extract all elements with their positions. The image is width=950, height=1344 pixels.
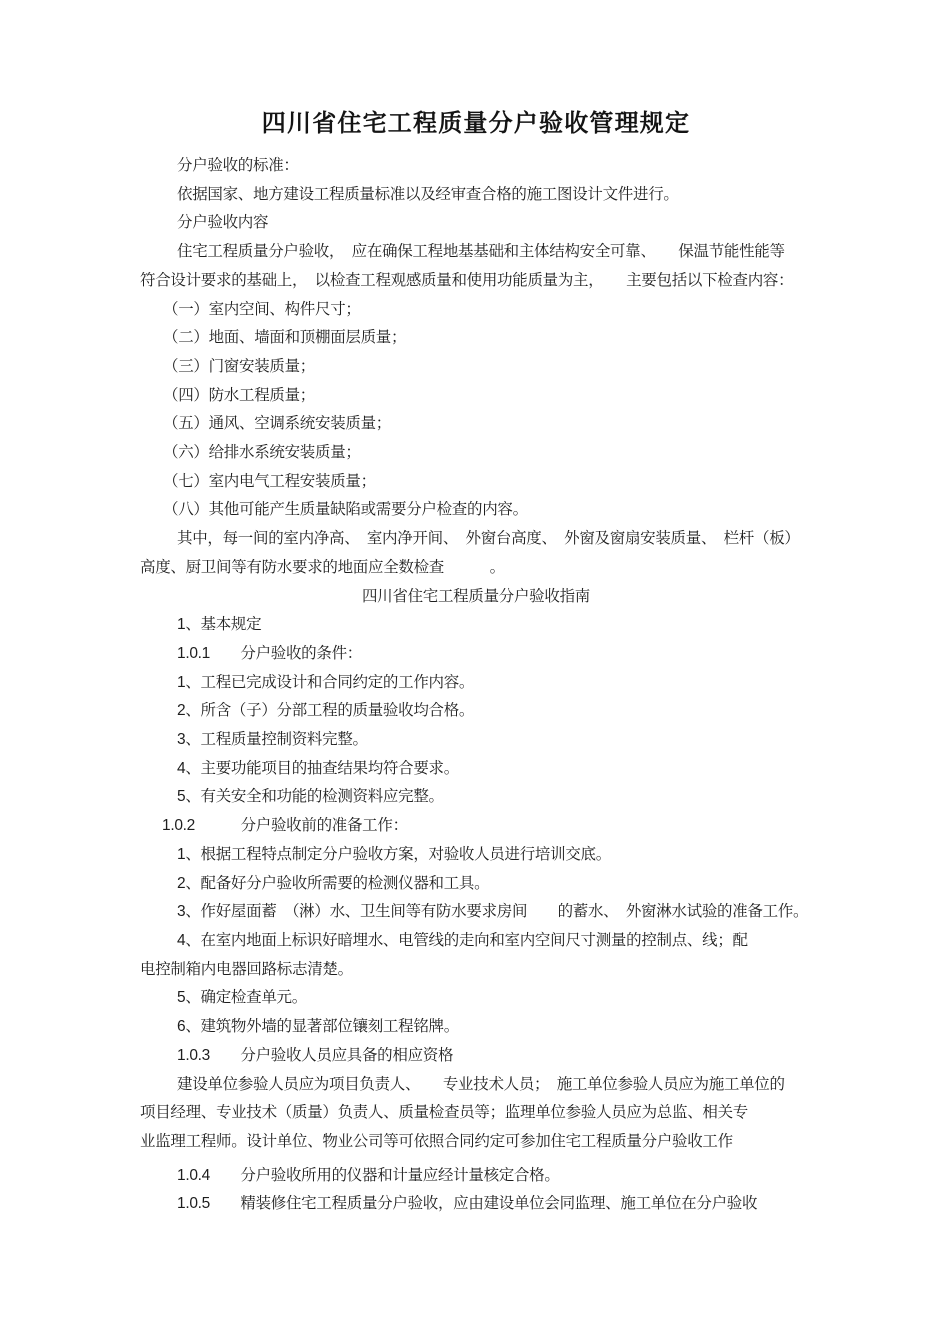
text-line: 符合设计要求的基础上， 以检查工程观感质量和使用功能质量为主， 主要包括以下检查… [140, 267, 922, 296]
list-item: （一）室内空间、构件尺寸； [140, 296, 922, 325]
clause-line: 1.0.1 分户验收的条件： [140, 640, 922, 669]
list-item: （八）其他可能产生质量缺陷或需要分户检查的内容。 [140, 496, 922, 525]
list-item: 5、有关安全和功能的检测资料应完整。 [140, 783, 922, 812]
text-line: 高度、厨卫间等有防水要求的地面应全数检查 。 [140, 554, 922, 583]
clause-line: 1.0.4 分户验收所用的仪器和计量应经计量核定合格。 [140, 1162, 922, 1191]
list-item: 4、在室内地面上标识好暗埋水、电管线的走向和室内空间尺寸测量的控制点、线；配 [140, 927, 922, 956]
list-item: 3、作好屋面蓄 （淋）水、卫生间等有防水要求房间 的蓄水、 外窗淋水试验的准备工… [140, 898, 922, 927]
text-line: 分户验收内容 [140, 209, 922, 238]
list-item: （七）室内电气工程安装质量； [140, 468, 922, 497]
list-item: 4、主要功能项目的抽查结果均符合要求。 [140, 755, 922, 784]
list-item: 5、确定检查单元。 [140, 984, 922, 1013]
section-heading: 1、基本规定 [140, 611, 922, 640]
list-item: （六）给排水系统安装质量； [140, 439, 922, 468]
list-item: （四）防水工程质量； [140, 382, 922, 411]
document-title: 四川省住宅工程质量分户验收管理规定 [140, 106, 812, 142]
text-line: 项目经理、专业技术（质量）负责人、质量检查员等；监理单位参验人员应为总监、相关专 [140, 1099, 922, 1128]
text-line: 业监理工程师。设计单位、物业公司等可依照合同约定可参加住宅工程质量分户验收工作 [140, 1128, 922, 1157]
list-item: 2、所含（子）分部工程的质量验收均合格。 [140, 697, 922, 726]
text-line: 住宅工程质量分户验收， 应在确保工程地基基础和主体结构安全可靠、 保温节能性能等 [140, 238, 922, 267]
list-item: 1、工程已完成设计和合同约定的工作内容。 [140, 669, 922, 698]
document-body: 分户验收的标准：依据国家、地方建设工程质量标准以及经审查合格的施工图设计文件进行… [140, 152, 922, 1219]
text-line: 依据国家、地方建设工程质量标准以及经审查合格的施工图设计文件进行。 [140, 181, 922, 210]
section-subtitle: 四川省住宅工程质量分户验收指南 [140, 583, 812, 612]
list-item: 3、工程质量控制资料完整。 [140, 726, 922, 755]
text-line: 分户验收的标准： [140, 152, 922, 181]
clause-line: 1.0.5 精装修住宅工程质量分户验收，应由建设单位会同监理、施工单位在分户验收 [140, 1190, 922, 1219]
text-line: 电控制箱内电器回路标志清楚。 [140, 956, 922, 985]
list-item: （三）门窗安装质量； [140, 353, 922, 382]
text-line: 其中，每一间的室内净高、 室内净开间、 外窗台高度、 外窗及窗扇安装质量、 栏杆… [140, 525, 922, 554]
list-item: 1、根据工程特点制定分户验收方案，对验收人员进行培训交底。 [140, 841, 922, 870]
list-item: （二）地面、墙面和顶棚面层质量； [140, 324, 922, 353]
list-item: 2、配备好分户验收所需要的检测仪器和工具。 [140, 870, 922, 899]
document-page: 四川省住宅工程质量分户验收管理规定 分户验收的标准：依据国家、地方建设工程质量标… [0, 0, 950, 1344]
clause-line: 1.0.3 分户验收人员应具备的相应资格 [140, 1042, 922, 1071]
text-line: 建设单位参验人员应为项目负责人、 专业技术人员； 施工单位参验人员应为施工单位的 [140, 1071, 922, 1100]
list-item: 6、建筑物外墙的显著部位镶刻工程铭牌。 [140, 1013, 922, 1042]
clause-line: 1.0.2 分户验收前的准备工作： [140, 812, 922, 841]
list-item: （五）通风、空调系统安装质量； [140, 410, 922, 439]
